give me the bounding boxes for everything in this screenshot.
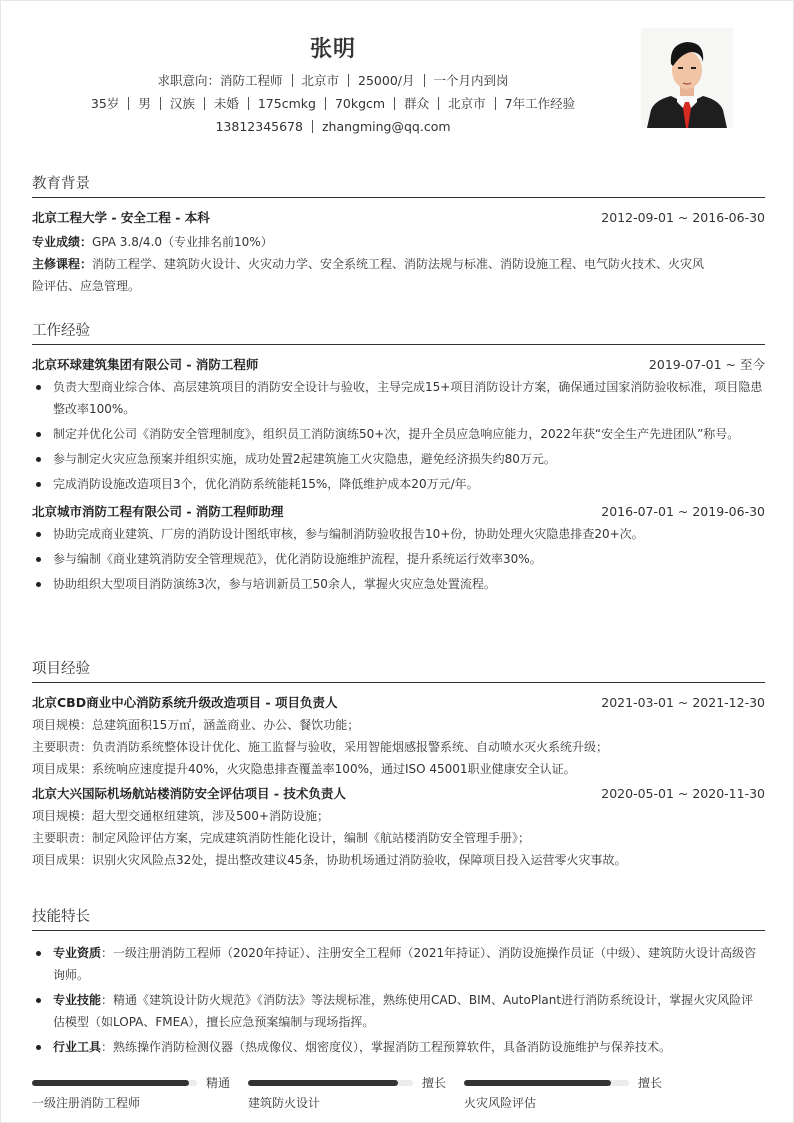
project-scale: 项目规模：超大型交通枢纽建筑，涉及500+消防设施； xyxy=(32,805,765,827)
courses-value: 消防工程学、建筑防火设计、火灾动力学、安全系统工程、消防法规与标准、消防设施工程… xyxy=(92,257,704,271)
skill-bar-track xyxy=(248,1080,413,1086)
skill-bar-fill xyxy=(248,1080,398,1086)
skill-level: 擅长 xyxy=(422,1075,446,1091)
date-range: 2012-09-01 ~ 2016-06-30 xyxy=(601,209,765,227)
job-bullets: 负责大型商业综合体、高层建筑项目的消防安全设计与验收，主导完成15+项目消防设计… xyxy=(32,376,765,495)
job-bullets: 协助完成商业建筑、厂房的消防设计图纸审核，参与编制消防验收报告10+份，协助处理… xyxy=(32,523,765,595)
skills-section: 技能特长 专业资质：一级注册消防工程师（2020年持证）、注册安全工程师（202… xyxy=(32,906,765,1061)
section-title: 技能特长 xyxy=(32,906,765,931)
project-header: 北京大兴国际机场航站楼消防安全评估项目 - 技术负责人 2020-05-01 ~… xyxy=(32,785,765,803)
divider xyxy=(438,97,439,110)
skill-label: 专业资质 xyxy=(53,946,101,960)
skill-bar-track xyxy=(32,1080,197,1086)
divider xyxy=(204,97,205,110)
list-item: 专业技能：精通《建筑设计防火规范》《消防法》等法规标准，熟练使用CAD、BIM、… xyxy=(32,989,765,1033)
project-scale: 项目规模：总建筑面积15万㎡，涵盖商业、办公、餐饮功能； xyxy=(32,714,765,736)
list-item: 专业资质：一级注册消防工程师（2020年持证）、注册安全工程师（2021年持证）… xyxy=(32,942,765,986)
list-item: 参与编制《商业建筑消防安全管理规范》，优化消防设施维护流程，提升系统运行效率30… xyxy=(32,548,765,570)
list-item: 行业工具：熟练操作消防检测仪器（热成像仪、烟密度仪），掌握消防工程预算软件，具备… xyxy=(32,1036,765,1058)
skill-label: 专业技能 xyxy=(53,993,101,1007)
intent-position: 求职意向：消防工程师 xyxy=(157,73,282,88)
gpa-value: GPA 3.8/4.0（专业排名前10%） xyxy=(92,235,273,249)
job-intent-line: 求职意向：消防工程师北京市25000/月一个月内到岗 xyxy=(1,72,665,90)
intent-salary: 25000/月 xyxy=(358,73,414,88)
company-title: 北京城市消防工程有限公司 - 消防工程师助理 xyxy=(32,503,283,521)
project-duties: 主要职责：负责消防系统整体设计优化、施工监督与验收，采用智能烟感报警系统、自动喷… xyxy=(32,736,765,758)
projects-section: 项目经验 北京CBD商业中心消防系统升级改造项目 - 项目负责人 2021-03… xyxy=(32,658,765,871)
field-label: 专业成绩： xyxy=(32,235,92,249)
divider xyxy=(394,97,395,110)
skill-level: 擅长 xyxy=(638,1075,662,1091)
intent-city: 北京市 xyxy=(302,73,340,88)
basic-info-line: 35岁男汉族未婚175cmkg70kgcm群众北京市7年工作经验 xyxy=(1,95,665,113)
date-range: 2021-03-01 ~ 2021-12-30 xyxy=(601,694,765,712)
info-weight: 70kgcm xyxy=(335,96,385,111)
info-political: 群众 xyxy=(404,96,429,111)
job-header: 北京环球建筑集团有限公司 - 消防工程师 2019-07-01 ~ 至今 xyxy=(32,356,765,374)
divider xyxy=(325,97,326,110)
candidate-name: 张明 xyxy=(1,32,665,63)
project-duties: 主要职责：制定风险评估方案，完成建筑消防性能化设计，编制《航站楼消防安全管理手册… xyxy=(32,827,765,849)
project-results: 项目成果：识别火灾风险点32处，提出整改建议45条，协助机场通过消防验收，保障项… xyxy=(32,849,765,871)
project-title: 北京CBD商业中心消防系统升级改造项目 - 项目负责人 xyxy=(32,694,337,712)
field-label: 主修课程： xyxy=(32,257,92,271)
work-section: 工作经验 北京环球建筑集团有限公司 - 消防工程师 2019-07-01 ~ 至… xyxy=(32,320,765,598)
info-city: 北京市 xyxy=(448,96,486,111)
list-item: 完成消防设施改造项目3个，优化消防系统能耗15%，降低维护成本20万元/年。 xyxy=(32,473,765,495)
divider xyxy=(128,97,129,110)
list-item: 负责大型商业综合体、高层建筑项目的消防安全设计与验收，主导完成15+项目消防设计… xyxy=(32,376,765,420)
date-range: 2019-07-01 ~ 至今 xyxy=(649,356,765,374)
email-address: zhangming@qq.com xyxy=(322,119,451,134)
info-age: 35岁 xyxy=(91,96,119,111)
project-results: 项目成果：系统响应速度提升40%，火灾隐患排查覆盖率100%，通过ISO 450… xyxy=(32,758,765,780)
section-title: 项目经验 xyxy=(32,658,765,683)
resume-header: 张明 求职意向：消防工程师北京市25000/月一个月内到岗 35岁男汉族未婚17… xyxy=(1,1,794,151)
gpa-line: 专业成绩：GPA 3.8/4.0（专业排名前10%） xyxy=(32,231,765,253)
divider xyxy=(312,120,313,133)
info-gender: 男 xyxy=(138,96,151,111)
skill-level: 精通 xyxy=(206,1075,230,1091)
divider xyxy=(160,97,161,110)
avatar xyxy=(641,28,733,128)
skill-text: ：熟练操作消防检测仪器（热成像仪、烟密度仪），掌握消防工程预算软件，具备消防设施… xyxy=(101,1040,671,1054)
divider xyxy=(348,74,349,87)
skill-text: ：一级注册消防工程师（2020年持证）、注册安全工程师（2021年持证）、消防设… xyxy=(53,946,756,982)
list-item: 协助完成商业建筑、厂房的消防设计图纸审核，参与编制消防验收报告10+份，协助处理… xyxy=(32,523,765,545)
courses-line: 主修课程：消防工程学、建筑防火设计、火灾动力学、安全系统工程、消防法规与标准、消… xyxy=(32,253,765,275)
skill-text: ：精通《建筑设计防火规范》《消防法》等法规标准，熟练使用CAD、BIM、Auto… xyxy=(53,993,753,1029)
school-major-degree: 北京工程大学 - 安全工程 - 本科 xyxy=(32,209,210,227)
skill-name: 一级注册消防工程师 xyxy=(32,1095,140,1111)
skills-list: 专业资质：一级注册消防工程师（2020年持证）、注册安全工程师（2021年持证）… xyxy=(32,942,765,1058)
contact-line: 13812345678zhangming@qq.com xyxy=(1,118,665,136)
skill-bar-track xyxy=(464,1080,629,1086)
intent-availability: 一个月内到岗 xyxy=(434,73,509,88)
courses-line-cont: 险评估、应急管理。 xyxy=(32,275,765,297)
job-header: 北京城市消防工程有限公司 - 消防工程师助理 2016-07-01 ~ 2019… xyxy=(32,503,765,521)
section-title: 工作经验 xyxy=(32,320,765,345)
info-marital: 未婚 xyxy=(214,96,239,111)
skill-name: 建筑防火设计 xyxy=(248,1095,320,1111)
date-range: 2020-05-01 ~ 2020-11-30 xyxy=(601,785,765,803)
info-ethnicity: 汉族 xyxy=(170,96,195,111)
project-title: 北京大兴国际机场航站楼消防安全评估项目 - 技术负责人 xyxy=(32,785,346,803)
skill-bar-fill xyxy=(464,1080,611,1086)
education-entry-header: 北京工程大学 - 安全工程 - 本科 2012-09-01 ~ 2016-06-… xyxy=(32,209,765,227)
info-height: 175cmkg xyxy=(258,96,316,111)
date-range: 2016-07-01 ~ 2019-06-30 xyxy=(601,503,765,521)
education-section: 教育背景 北京工程大学 - 安全工程 - 本科 2012-09-01 ~ 201… xyxy=(32,173,765,297)
info-experience: 7年工作经验 xyxy=(505,96,575,111)
divider xyxy=(495,97,496,110)
company-title: 北京环球建筑集团有限公司 - 消防工程师 xyxy=(32,356,258,374)
resume-page: 张明 求职意向：消防工程师北京市25000/月一个月内到岗 35岁男汉族未婚17… xyxy=(0,0,794,1123)
list-item: 协助组织大型项目消防演练3次，参与培训新员工50余人，掌握火灾应急处置流程。 xyxy=(32,573,765,595)
phone-number: 13812345678 xyxy=(215,119,302,134)
project-header: 北京CBD商业中心消防系统升级改造项目 - 项目负责人 2021-03-01 ~… xyxy=(32,694,765,712)
section-title: 教育背景 xyxy=(32,173,765,198)
skill-bar-fill xyxy=(32,1080,189,1086)
list-item: 参与制定火灾应急预案并组织实施，成功处置2起建筑施工火灾隐患，避免经济损失约80… xyxy=(32,448,765,470)
skill-name: 火灾风险评估 xyxy=(464,1095,536,1111)
skill-bars: 精通 一级注册消防工程师 擅长 建筑防火设计 擅长 火灾风险评估 xyxy=(32,1075,765,1115)
divider xyxy=(248,97,249,110)
skill-label: 行业工具 xyxy=(53,1040,101,1054)
divider xyxy=(292,74,293,87)
portrait-avatar-icon xyxy=(641,28,733,128)
divider xyxy=(424,74,425,87)
list-item: 制定并优化公司《消防安全管理制度》，组织员工消防演练50+次，提升全员应急响应能… xyxy=(32,423,765,445)
